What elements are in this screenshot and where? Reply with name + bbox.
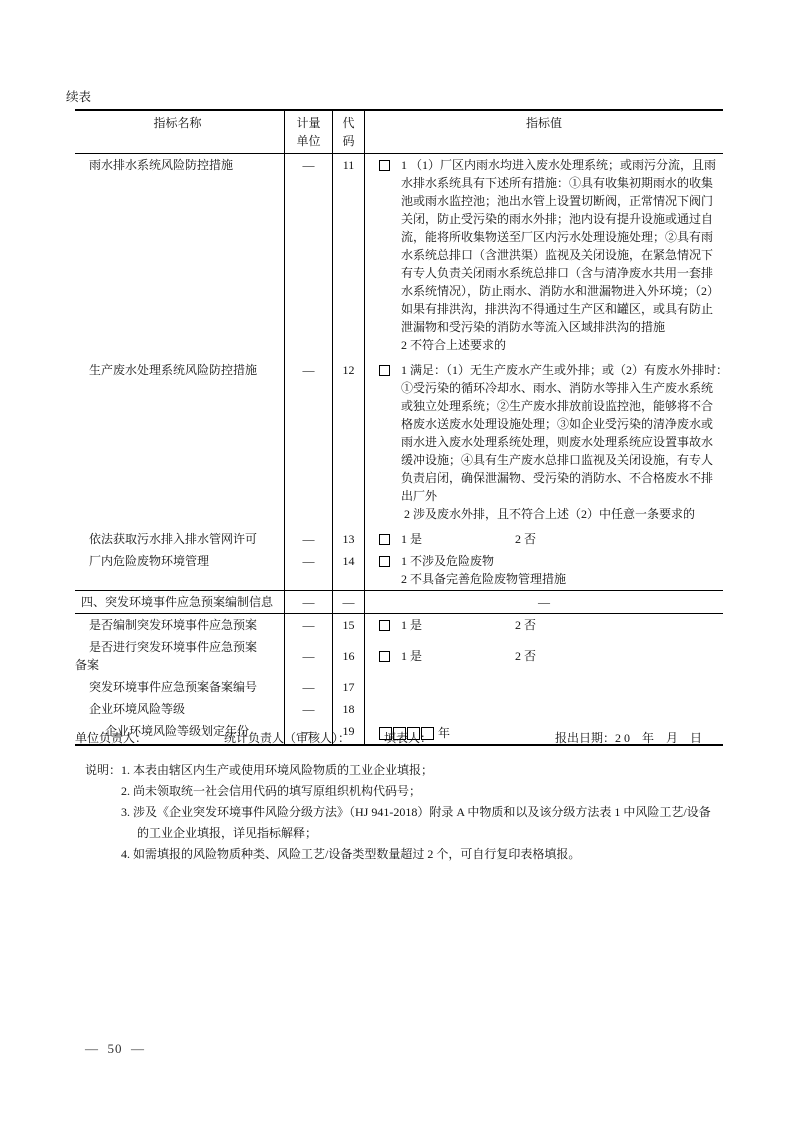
table-row-code-13: 依法获取污水排入排水管网许可 — 13 1 是2 否 — [75, 528, 723, 550]
header-unit: 计量 单位 — [284, 111, 332, 153]
page-number: — 50 — — [85, 1040, 145, 1058]
unit-cell: — — [284, 636, 332, 676]
checkbox-icon — [379, 365, 390, 376]
value-cell: — — [364, 591, 723, 613]
continued-table-label: 续表 — [66, 88, 91, 106]
unit-cell: — — [284, 550, 332, 590]
indicator-name: 突发环境事件应急预案备案编号 — [75, 676, 284, 698]
code-cell: 16 — [332, 636, 364, 676]
code-cell: 11 — [332, 154, 364, 359]
checkbox-icon — [379, 556, 390, 567]
note-item-3: 3. 涉及《企业突发环境事件风险分级方法》（HJ 941-2018）附录 A 中… — [121, 802, 711, 844]
header-indicator-name: 指标名称 — [75, 111, 284, 153]
value-options: 1 是2 否 — [401, 616, 536, 634]
document-page: 续表 指标名称 计量 单位 代 码 指标值 雨水排水系统风险防控措施 — 11 … — [0, 0, 800, 1131]
table-row-code-15: 是否编制突发环境事件应急预案 — 15 1 是2 否 — [75, 614, 723, 636]
unit-cell: — — [284, 591, 332, 613]
indicator-name: 厂内危险废物环境管理 — [75, 550, 284, 590]
notes-block: 说明： 1. 本表由辖区内生产或使用环境风险物质的工业企业填报； 2. 尚未领取… — [85, 760, 711, 865]
value-cell-empty — [364, 698, 723, 720]
unit-cell: — — [284, 698, 332, 720]
header-code: 代 码 — [332, 111, 364, 153]
table-header-row: 指标名称 计量 单位 代 码 指标值 — [75, 111, 723, 154]
indicator-name: 雨水排水系统风险防控措施 — [75, 154, 284, 359]
stats-head-label: 统计负责人（审核人）： — [224, 729, 350, 747]
report-date-label: 报出日期：2 0 年 月 日 — [555, 729, 702, 747]
unit-cell: — — [284, 614, 332, 636]
option-yes: 1 是 — [401, 530, 515, 548]
signature-line: 单位负责人： 统计负责人（审核人）： 填表人： 报出日期：2 0 年 月 日 — [75, 729, 735, 749]
code-cell: 12 — [332, 359, 364, 528]
unit-cell: — — [284, 154, 332, 359]
value-cell: 1 是2 否 — [364, 614, 723, 636]
value-options: 1 是2 否 — [401, 530, 536, 548]
checkbox-icon — [379, 160, 390, 171]
checkbox-icon — [379, 534, 390, 545]
value-cell: 1 （1）厂区内雨水均进入废水处理系统；或雨污分流，且雨 水排水系统具有下述所有… — [364, 154, 723, 359]
indicator-name: 企业环境风险等级 — [75, 698, 284, 720]
checkbox-icon — [379, 651, 390, 662]
section-title: 四、突发环境事件应急预案编制信息 — [75, 591, 284, 613]
option-no: 2 否 — [515, 649, 536, 663]
value-options: 1 是2 否 — [401, 647, 536, 665]
indicator-name: 生产废水处理系统风险防控措施 — [75, 359, 284, 528]
indicator-name: 依法获取污水排入排水管网许可 — [75, 528, 284, 550]
unit-cell: — — [284, 528, 332, 550]
notes-label: 说明： — [85, 760, 121, 865]
checkbox-icon — [379, 620, 390, 631]
form-filler-label: 填表人： — [384, 729, 432, 747]
value-cell: 1 满足：（1）无生产废水产生或外排；或（2）有废水外排时： ①受污染的循环冷却… — [364, 359, 728, 528]
indicator-table: 指标名称 计量 单位 代 码 指标值 雨水排水系统风险防控措施 — 11 1 （… — [75, 109, 723, 746]
table-row-code-18: 企业环境风险等级 — 18 — [75, 698, 723, 720]
value-cell-empty — [364, 676, 723, 698]
table-row-code-16: 是否进行突发环境事件应急预案 备案 — 16 1 是2 否 — [75, 636, 723, 676]
code-cell: 14 — [332, 550, 364, 590]
table-row-code-17: 突发环境事件应急预案备案编号 — 17 — [75, 676, 723, 698]
option-yes: 1 是 — [401, 616, 515, 634]
unit-cell: — — [284, 359, 332, 528]
code-cell: 17 — [332, 676, 364, 698]
option-no: 2 否 — [515, 532, 536, 546]
note-item-1: 1. 本表由辖区内生产或使用环境风险物质的工业企业填报； — [121, 760, 711, 781]
unit-head-label: 单位负责人： — [75, 729, 147, 747]
section-row-emergency-plan-info: 四、突发环境事件应急预案编制信息 — — — — [75, 590, 723, 614]
value-cell: 1 不涉及危险废物 2 不具备完善危险废物管理措施 — [364, 550, 723, 590]
code-cell: 13 — [332, 528, 364, 550]
indicator-name: 是否进行突发环境事件应急预案 备案 — [75, 636, 284, 676]
option-yes: 1 是 — [401, 647, 515, 665]
value-text: 1 不涉及危险废物 2 不具备完善危险废物管理措施 — [401, 552, 566, 588]
note-item-4: 4. 如需填报的风险物质种类、风险工艺/设备类型数量超过 2 个，可自行复印表格… — [121, 844, 711, 865]
code-cell: 18 — [332, 698, 364, 720]
option-no: 2 否 — [515, 618, 536, 632]
indicator-name: 是否编制突发环境事件应急预案 — [75, 614, 284, 636]
value-cell: 1 是2 否 — [364, 528, 723, 550]
notes-items: 1. 本表由辖区内生产或使用环境风险物质的工业企业填报； 2. 尚未领取统一社会… — [121, 760, 711, 865]
table-row-code-11: 雨水排水系统风险防控措施 — 11 1 （1）厂区内雨水均进入废水处理系统；或雨… — [75, 154, 723, 359]
value-text: 1 满足：（1）无生产废水产生或外排；或（2）有废水外排时： ①受污染的循环冷却… — [401, 361, 728, 523]
value-text: 1 （1）厂区内雨水均进入废水处理系统；或雨污分流，且雨 水排水系统具有下述所有… — [401, 156, 719, 354]
code-cell: — — [332, 591, 364, 613]
unit-cell: — — [284, 676, 332, 698]
header-value: 指标值 — [364, 111, 723, 153]
table-row-code-14: 厂内危险废物环境管理 — 14 1 不涉及危险废物 2 不具备完善危险废物管理措… — [75, 550, 723, 590]
code-cell: 15 — [332, 614, 364, 636]
table-row-code-12: 生产废水处理系统风险防控措施 — 12 1 满足：（1）无生产废水产生或外排；或… — [75, 359, 723, 528]
note-item-2: 2. 尚未领取统一社会信用代码的填写原组织机构代码号； — [121, 781, 711, 802]
value-cell: 1 是2 否 — [364, 636, 723, 676]
